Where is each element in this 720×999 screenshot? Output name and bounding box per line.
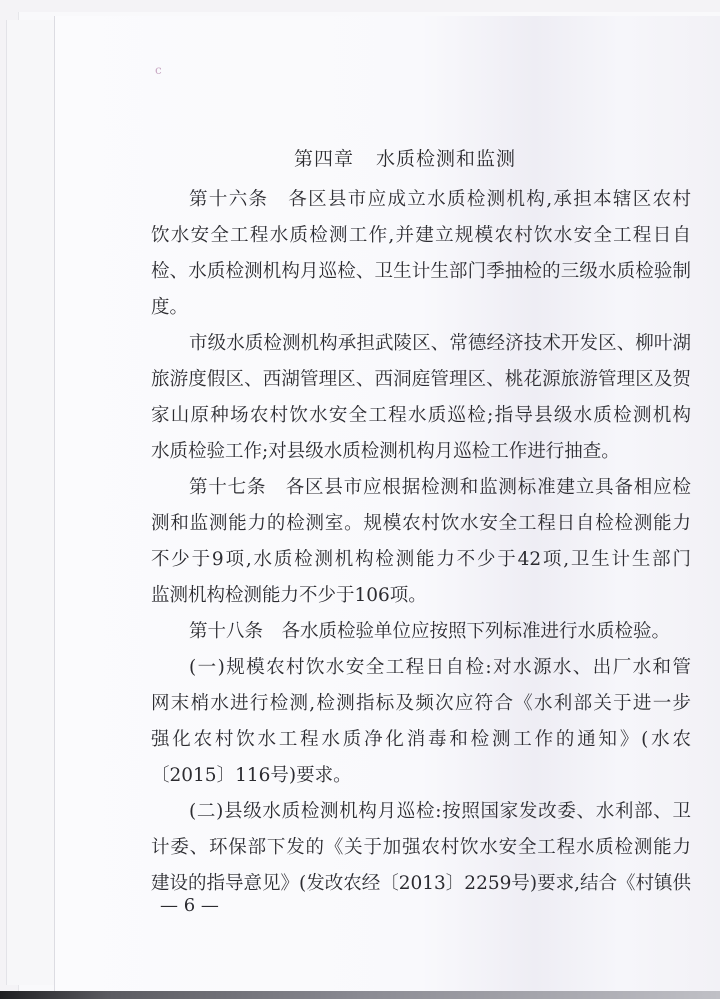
chapter-name: 水质检测和监测: [376, 148, 516, 170]
text-line: 市级水质检测机构承担武陵区、常德经济技术开发区、柳叶湖: [189, 332, 691, 356]
chapter-number: 第四章: [294, 148, 354, 170]
text-line: 〔2015〕116号)要求。: [151, 764, 691, 788]
text-line: 第十八条 各水质检验单位应按照下列标准进行水质检验。: [189, 620, 691, 644]
text-line: 强化农村饮水工程水质净化消毒和检测工作的通知》(水农: [151, 728, 691, 752]
text-line: 饮水安全工程水质检测工作,并建立规模农村饮水安全工程日自: [151, 224, 691, 248]
text-line: 监测机构检测能力不少于106项。: [151, 584, 691, 608]
text-line: (一)规模农村饮水安全工程日自检:对水源水、出厂水和管: [189, 656, 691, 680]
text-line: 水质检验工作;对县级水质检测机构月巡检工作进行抽查。: [151, 440, 691, 464]
text-line: 测和监测能力的检测室。规模农村饮水安全工程日自检检测能力: [151, 512, 691, 536]
text-line: 家山原种场农村饮水安全工程水质巡检;指导县级水质检测机构: [151, 404, 691, 428]
text-line: 网末梢水进行检测,检测指标及频次应符合《水利部关于进一步: [151, 692, 691, 716]
text-line: 建设的指导意见》(发改农经〔2013〕2259号)要求,结合《村镇供: [151, 872, 691, 896]
text-line: 第十七条 各区县市应根据检测和监测标准建立具备相应检: [189, 476, 691, 500]
text-line: 度。: [151, 296, 691, 320]
chapter-heading: 第四章水质检测和监测: [0, 144, 720, 171]
text-line: 第十六条 各区县市应成立水质检测机构,承担本辖区农村: [189, 188, 691, 212]
stray-mark: c: [155, 63, 162, 77]
text-line: 计委、环保部下发的《关于加强农村饮水安全工程水质检测能力: [151, 836, 691, 860]
page-number: — 6 —: [160, 895, 219, 916]
text-line: 旅游度假区、西湖管理区、西洞庭管理区、桃花源旅游管理区及贺: [151, 368, 691, 392]
text-line: 检、水质检测机构月巡检、卫生计生部门季抽检的三级水质检验制: [151, 260, 691, 284]
text-line: 不少于9项,水质检测机构检测能力不少于42项,卫生计生部门: [151, 548, 691, 572]
scanner-edge: [0, 991, 720, 999]
text-line: (二)县级水质检测机构月巡检:按照国家发改委、水利部、卫: [189, 800, 691, 824]
